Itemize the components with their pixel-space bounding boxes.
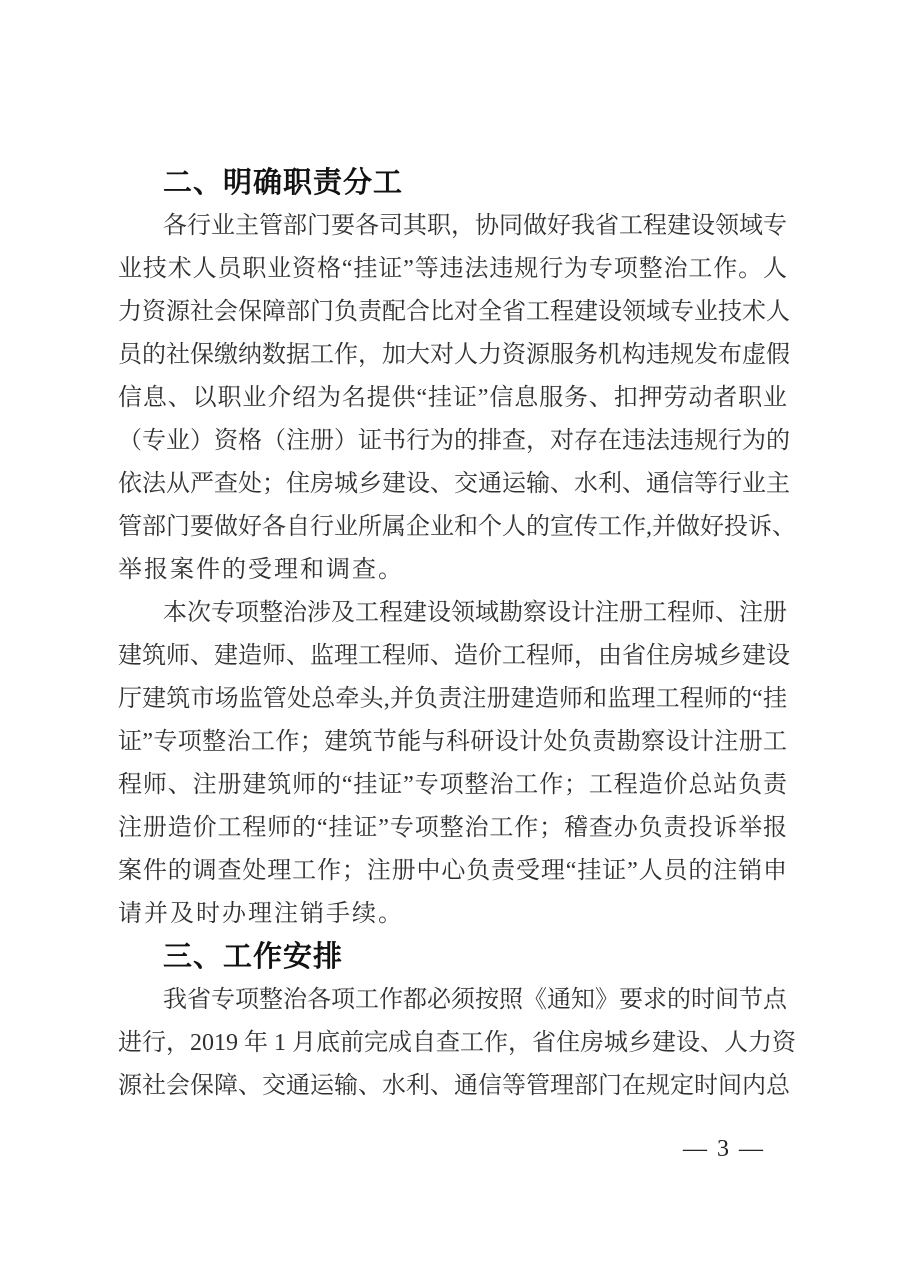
section-heading-responsibilities: 二、明确职责分工 (118, 162, 787, 205)
text-line: 依法从严查处；住房城乡建设、交通运输、水利、通信等行业主 (118, 463, 787, 506)
text-line: 源社会保障、交通运输、水利、通信等管理部门在规定时间内总 (118, 1065, 787, 1108)
paragraph-responsibilities-1: 各行业主管部门要各司其职，协同做好我省工程建设领域专业技术人员职业资格“挂证”等… (118, 205, 787, 592)
paragraph-responsibilities-2: 本次专项整治涉及工程建设领域勘察设计注册工程师、注册建筑师、建造师、监理工程师、… (118, 592, 787, 936)
page-number: — 3 — (683, 1136, 765, 1163)
scanned-document-page: 二、明确职责分工 各行业主管部门要各司其职，协同做好我省工程建设领域专业技术人员… (0, 0, 900, 1273)
text-line: 证”专项整治工作；建筑节能与科研设计处负责勘察设计注册工 (118, 721, 787, 764)
text-line: 本次专项整治涉及工程建设领域勘察设计注册工程师、注册 (118, 592, 787, 635)
text-line: 各行业主管部门要各司其职，协同做好我省工程建设领域专 (118, 205, 787, 248)
text-line: 力资源社会保障部门负责配合比对全省工程建设领域专业技术人 (118, 291, 787, 334)
text-line: 案件的调查处理工作；注册中心负责受理“挂证”人员的注销申 (118, 850, 787, 893)
document-content: 二、明确职责分工 各行业主管部门要各司其职，协同做好我省工程建设领域专业技术人员… (118, 162, 787, 1108)
text-line: 厅建筑市场监管处总牵头,并负责注册建造师和监理工程师的“挂 (118, 678, 787, 721)
text-line: 请并及时办理注销手续。 (118, 893, 787, 936)
text-line: 我省专项整治各项工作都必须按照《通知》要求的时间节点 (118, 979, 787, 1022)
text-line: 举报案件的受理和调查。 (118, 549, 787, 592)
text-line: 建筑师、建造师、监理工程师、造价工程师，由省住房城乡建设 (118, 635, 787, 678)
section-heading-work-arrangement: 三、工作安排 (118, 936, 787, 979)
text-line: 业技术人员职业资格“挂证”等违法违规行为专项整治工作。人 (118, 248, 787, 291)
text-line: 管部门要做好各自行业所属企业和个人的宣传工作,并做好投诉、 (118, 506, 787, 549)
text-line: 员的社保缴纳数据工作，加大对人力资源服务机构违规发布虚假 (118, 334, 787, 377)
text-line: 注册造价工程师的“挂证”专项整治工作；稽查办负责投诉举报 (118, 807, 787, 850)
text-line: 程师、注册建筑师的“挂证”专项整治工作；工程造价总站负责 (118, 764, 787, 807)
text-line: 进行，2019 年 1 月底前完成自查工作，省住房城乡建设、人力资 (118, 1022, 787, 1065)
paragraph-work-arrangement: 我省专项整治各项工作都必须按照《通知》要求的时间节点进行，2019 年 1 月底… (118, 979, 787, 1108)
text-line: 信息、以职业介绍为名提供“挂证”信息服务、扣押劳动者职业 (118, 377, 787, 420)
text-line: （专业）资格（注册）证书行为的排查，对存在违法违规行为的 (118, 420, 787, 463)
